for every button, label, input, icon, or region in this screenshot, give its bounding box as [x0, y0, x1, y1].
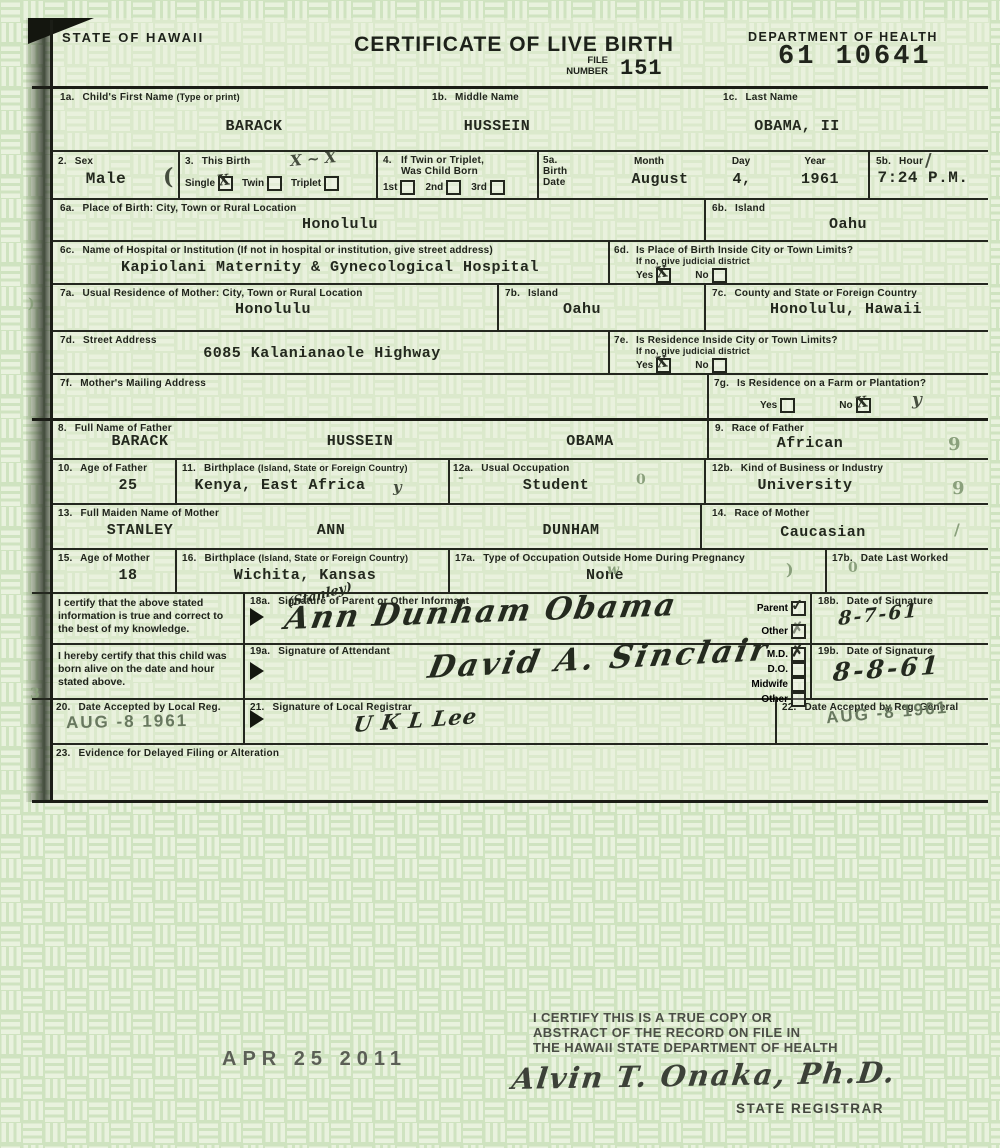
document-title: CERTIFICATE OF LIVE BIRTH — [354, 33, 674, 57]
pencil-mark: ) — [786, 560, 794, 579]
mother-residence-island-value: Oahu — [563, 301, 601, 318]
no-option: No X — [839, 398, 870, 413]
father-last-name-value: OBAMA — [566, 433, 614, 450]
midwife-option: Midwife — [751, 677, 806, 692]
grid-line — [608, 330, 610, 373]
hospital-value: Kapiolani Maternity & Gynecological Hosp… — [121, 259, 539, 276]
birth-day-value: 4, — [732, 171, 751, 188]
pencil-mark: ) — [28, 296, 35, 312]
field-1b-label: 1b. Middle Name — [432, 92, 519, 103]
father-occupation-value: Student — [523, 477, 590, 494]
signature-arrow-icon — [250, 710, 264, 728]
street-address-value: 6085 Kalanianaole Highway — [203, 345, 441, 362]
handwritten-mark: ( — [163, 164, 173, 190]
field-13-label: 13. Full Maiden Name of Mother — [58, 508, 219, 519]
checkbox-option-2nd: 2nd — [425, 180, 461, 195]
county-state-value: Honolulu, Hawaii — [770, 301, 922, 318]
received-date-stamp: APR 25 2011 — [222, 1048, 407, 1071]
child-middle-name-value: HUSSEIN — [464, 118, 531, 135]
footer-certify-line-2: ABSTRACT OF THE RECORD ON FILE IN — [533, 1025, 800, 1040]
field-7g-yesno: Yes No X — [760, 398, 871, 413]
grid-line — [704, 458, 706, 503]
field-7g-label: 7g. Is Residence on a Farm or Plantation… — [714, 378, 926, 389]
grid-line — [50, 150, 988, 152]
birth-year-value: 1961 — [801, 171, 839, 188]
field-7e-yesno: Yes X No — [636, 358, 727, 373]
checkbox-1st — [400, 180, 415, 195]
field-17a-label: 17a. Type of Occupation Outside Home Dur… — [455, 553, 745, 564]
state-registrar-signature: Alvin T. Onaka, Ph.D. — [510, 1055, 898, 1096]
grid-line — [448, 548, 450, 592]
checkbox-option-1st: 1st — [383, 180, 415, 195]
informant-certification-text: I certify that the above stated informat… — [58, 597, 238, 636]
birth-hour-value: 7:24 P.M. — [878, 169, 969, 187]
grid-line — [50, 743, 988, 745]
checkbox-3rd — [490, 180, 505, 195]
no-option: No — [695, 358, 726, 373]
year-column-label: Year — [804, 156, 825, 167]
checkbox-triplet — [324, 176, 339, 191]
father-race-value: African — [777, 435, 844, 452]
checkbox-midwife — [791, 677, 806, 692]
file-number-value: 151 — [620, 56, 663, 81]
grid-line — [868, 150, 870, 198]
field-5b-label: 5b. Hour — [876, 156, 923, 167]
footer-certify-line-3: THE HAWAII STATE DEPARTMENT OF HEALTH — [533, 1040, 838, 1055]
field-6d-label: 6d. Is Place of Birth Inside City or Tow… — [614, 245, 853, 267]
birth-certificate-document: STATE OF HAWAII CERTIFICATE OF LIVE BIRT… — [0, 0, 1000, 1148]
mother-maiden-last-value: DUNHAM — [542, 522, 599, 539]
grid-line — [50, 240, 988, 242]
parent-option: Parent ✓ — [757, 601, 806, 616]
grid-line — [810, 643, 812, 698]
checkbox-parent: ✓ — [791, 601, 806, 616]
handwritten-mark: y — [912, 390, 922, 410]
handwritten-mark: / — [925, 150, 932, 171]
field-7f-label: 7f. Mother's Mailing Address — [60, 378, 206, 389]
checkbox-7g-no: X — [856, 398, 871, 413]
checkbox-other-informant: ✗ — [791, 624, 806, 639]
grid-line — [243, 643, 245, 698]
state-title: STATE OF HAWAII — [62, 30, 204, 45]
field-1a-label: 1a. Child's First Name (Type or print) — [60, 92, 240, 103]
father-birthplace-value: Kenya, East Africa — [194, 477, 365, 494]
field-3-options: Single X Twin Triplet — [185, 176, 339, 191]
file-number-label: FILE NUMBER — [566, 55, 608, 77]
field-12b-label: 12b. Kind of Business or Industry — [712, 463, 883, 474]
mother-age-value: 18 — [118, 567, 137, 584]
checkbox-option-triplet: Triplet — [291, 176, 339, 191]
grid-line — [608, 240, 610, 283]
field-6d-yesno: Yes X No — [636, 268, 727, 283]
grid-line — [700, 503, 702, 548]
month-column-label: Month — [634, 156, 664, 167]
checkbox-md: ✗ — [791, 647, 806, 662]
grid-line — [707, 373, 709, 418]
grid-line — [376, 150, 378, 198]
checkbox-twin — [267, 176, 282, 191]
grid-line — [50, 503, 988, 505]
field-4-options: 1st 2nd 3rd — [383, 180, 505, 195]
checkbox-option-twin: Twin — [242, 176, 282, 191]
grid-line — [50, 198, 988, 200]
checkbox-option-3rd: 3rd — [471, 180, 505, 195]
certificate-number: 61 10641 — [778, 42, 932, 72]
field-9-label: 9. Race of Father — [715, 423, 804, 434]
field-6c-label: 6c. Name of Hospital or Institution (If … — [60, 245, 493, 256]
pencil-mark: - — [458, 470, 464, 486]
grid-line — [32, 86, 988, 89]
father-middle-name-value: HUSSEIN — [327, 433, 394, 450]
mother-birthplace-value: Wichita, Kansas — [234, 567, 377, 584]
field-6b-label: 6b. Island — [712, 203, 765, 214]
place-of-birth-value: Honolulu — [302, 216, 378, 233]
no-option: No — [695, 268, 726, 283]
day-column-label: Day — [732, 156, 750, 167]
mother-residence-city-value: Honolulu — [235, 301, 311, 318]
footer-certify-line-1: I CERTIFY THIS IS A TRUE COPY OR — [533, 1010, 772, 1025]
field-7d-label: 7d. Street Address — [60, 335, 157, 346]
grid-line — [537, 150, 539, 198]
field-3-label: 3. This Birth — [185, 156, 250, 167]
mother-race-value: Caucasian — [780, 524, 866, 541]
grid-line — [50, 373, 988, 375]
form-left-border — [50, 20, 53, 800]
grid-line — [810, 592, 812, 643]
field-12a-label: 12a. Usual Occupation — [453, 463, 569, 474]
pencil-mark: 9 — [952, 478, 965, 499]
mother-maiden-first-value: STANLEY — [107, 522, 174, 539]
grid-line — [175, 458, 177, 503]
field-15-label: 15. Age of Mother — [58, 553, 150, 564]
pencil-mark: 0 — [636, 472, 646, 488]
checkbox-7g-yes — [780, 398, 795, 413]
yes-option: Yes X — [636, 268, 671, 283]
field-7b-label: 7b. Island — [505, 288, 558, 299]
field-11-label: 11. Birthplace (Island, State or Foreign… — [182, 463, 408, 474]
grid-line — [50, 458, 988, 460]
pencil-mark: 0 — [848, 560, 858, 576]
checkbox-2nd — [446, 180, 461, 195]
father-industry-value: University — [757, 477, 852, 494]
grid-line — [243, 592, 245, 643]
grid-line — [32, 418, 988, 421]
handwritten-mark: y — [393, 478, 402, 496]
md-option: M.D. ✗ — [767, 647, 806, 662]
field-2-label: 2. Sex — [58, 156, 93, 167]
grid-line — [243, 698, 245, 743]
checkbox-7e-yes: X — [656, 358, 671, 373]
grid-line — [50, 283, 988, 285]
grid-line — [497, 283, 499, 330]
father-first-name-value: BARACK — [111, 433, 168, 450]
pencil-mark: 3 — [30, 686, 40, 702]
grid-line — [704, 283, 706, 330]
grid-line — [50, 330, 988, 332]
field-19a-label: 19a. Signature of Attendant — [250, 646, 390, 657]
pencil-mark: w — [607, 562, 619, 578]
grid-line — [825, 548, 827, 592]
grid-line — [448, 458, 450, 503]
child-last-name-value: OBAMA, II — [754, 118, 840, 135]
pencil-mark: / — [954, 520, 960, 539]
grid-line — [704, 198, 706, 240]
checkbox-do — [791, 662, 806, 677]
page-spine-shadow — [26, 18, 52, 802]
field-7c-label: 7c. County and State or Foreign Country — [712, 288, 917, 299]
child-first-name-value: BARACK — [225, 118, 282, 135]
do-option: D.O. — [767, 662, 806, 677]
grid-line — [32, 800, 988, 803]
sex-value: Male — [86, 170, 126, 188]
field-7a-label: 7a. Usual Residence of Mother: City, Tow… — [60, 288, 363, 299]
yes-option: Yes X — [636, 358, 671, 373]
field-1c-label: 1c. Last Name — [723, 92, 798, 103]
field-5a-label: 5a. Birth Date — [543, 155, 567, 188]
grid-line — [178, 150, 180, 198]
grid-line — [707, 418, 709, 458]
field-4-label: 4. If Twin or Triplet, Was Child Born — [383, 155, 484, 177]
field-10-label: 10. Age of Father — [58, 463, 147, 474]
signature-arrow-icon — [250, 662, 264, 680]
checkbox-6d-no — [712, 268, 727, 283]
field-7e-label: 7e. Is Residence Inside City or Town Lim… — [614, 335, 838, 357]
field-23-label: 23. Evidence for Delayed Filing or Alter… — [56, 748, 279, 759]
island-value: Oahu — [829, 216, 867, 233]
grid-line — [32, 698, 988, 700]
father-age-value: 25 — [118, 477, 137, 494]
field-6a-label: 6a. Place of Birth: City, Town or Rural … — [60, 203, 297, 214]
checkbox-option-single: Single X — [185, 176, 233, 191]
grid-line — [175, 548, 177, 592]
state-registrar-title: STATE REGISTRAR — [736, 1101, 884, 1116]
grid-line — [50, 548, 988, 550]
checkbox-6d-yes: X — [656, 268, 671, 283]
field-16-label: 16. Birthplace (Island, State or Foreign… — [182, 553, 408, 564]
pencil-mark: 9 — [948, 434, 961, 455]
local-reg-date-stamp: AUG -8 1961 — [66, 711, 189, 733]
birth-month-value: August — [631, 171, 688, 188]
yes-option: Yes — [760, 398, 795, 413]
mother-maiden-middle-value: ANN — [317, 522, 346, 539]
field-14-label: 14. Race of Mother — [712, 508, 810, 519]
checkbox-7e-no — [712, 358, 727, 373]
signature-arrow-icon — [250, 608, 264, 626]
attendant-certification-text: I hereby certify that this child was bor… — [58, 650, 238, 689]
checkbox-single: X — [218, 176, 233, 191]
